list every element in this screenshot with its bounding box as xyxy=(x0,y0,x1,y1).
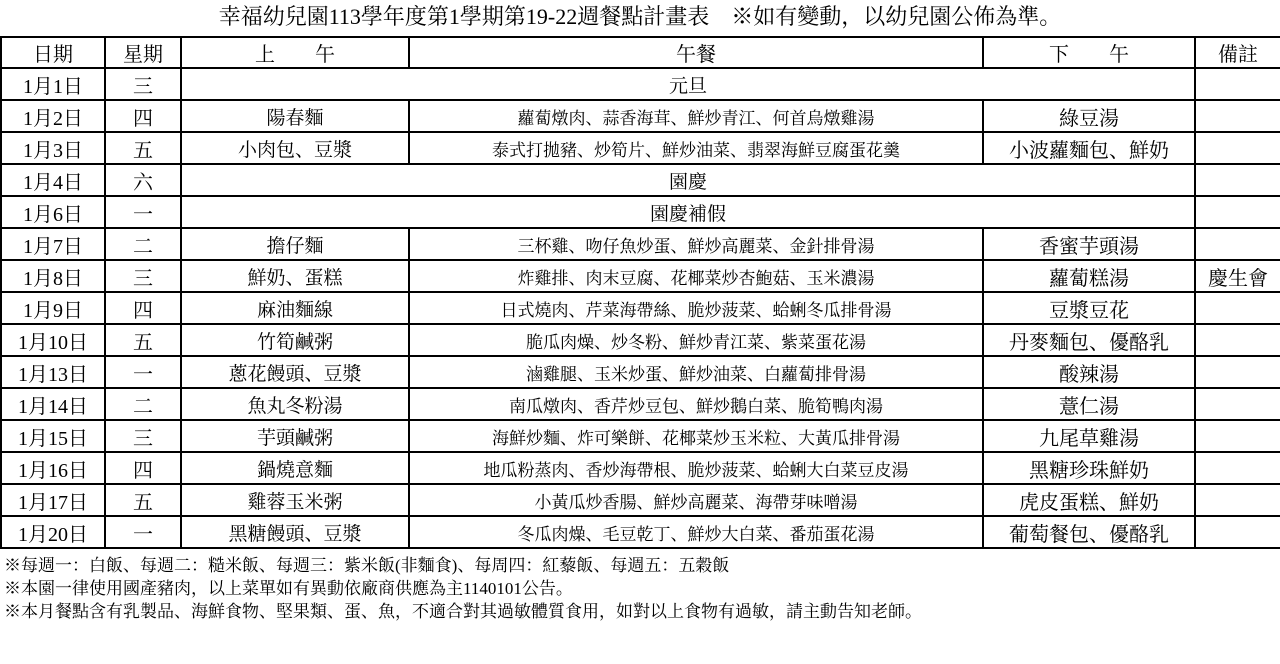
date-cell: 1月9日 xyxy=(1,292,105,324)
remarks-cell xyxy=(1195,164,1280,196)
morning-snack-cell: 蔥花饅頭、豆漿 xyxy=(181,356,409,388)
weekday-cell: 五 xyxy=(105,484,181,516)
remarks-cell xyxy=(1195,452,1280,484)
lunch-cell: 地瓜粉蒸肉、香炒海帶根、脆炒菠菜、蛤蜊大白菜豆皮湯 xyxy=(409,452,983,484)
remarks-cell xyxy=(1195,356,1280,388)
afternoon-snack-cell: 豆漿豆花 xyxy=(983,292,1195,324)
date-cell: 1月8日 xyxy=(1,260,105,292)
remarks-cell xyxy=(1195,68,1280,100)
weekday-cell: 一 xyxy=(105,516,181,548)
weekday-cell: 一 xyxy=(105,356,181,388)
afternoon-snack-cell: 丹麥麵包、優酪乳 xyxy=(983,324,1195,356)
afternoon-snack-cell: 蘿蔔糕湯 xyxy=(983,260,1195,292)
table-row: 1月16日四鍋燒意麵地瓜粉蒸肉、香炒海帶根、脆炒菠菜、蛤蜊大白菜豆皮湯黑糖珍珠鮮… xyxy=(1,452,1280,484)
footnote-line: ※每週一：白飯、每週二：糙米飯、每週三：紫米飯(非麵食)、每周四：紅藜飯、每週五… xyxy=(4,554,1276,577)
lunch-cell: 滷雞腿、玉米炒蛋、鮮炒油菜、白蘿蔔排骨湯 xyxy=(409,356,983,388)
lunch-cell: 冬瓜肉燥、毛豆乾丁、鮮炒大白菜、番茄蛋花湯 xyxy=(409,516,983,548)
table-row: 1月20日一黑糖饅頭、豆漿冬瓜肉燥、毛豆乾丁、鮮炒大白菜、番茄蛋花湯葡萄餐包、優… xyxy=(1,516,1280,548)
afternoon-snack-cell: 香蜜芋頭湯 xyxy=(983,228,1195,260)
table-row: 1月14日二魚丸冬粉湯南瓜燉肉、香芹炒豆包、鮮炒鵝白菜、脆筍鴨肉湯薏仁湯 xyxy=(1,388,1280,420)
holiday-cell: 元旦 xyxy=(181,68,1195,100)
page-title: 幸福幼兒園113學年度第1學期第19-22週餐點計畫表 ※如有變動，以幼兒園公佈… xyxy=(0,0,1280,36)
lunch-cell: 南瓜燉肉、香芹炒豆包、鮮炒鵝白菜、脆筍鴨肉湯 xyxy=(409,388,983,420)
remarks-cell xyxy=(1195,484,1280,516)
column-header-date: 日期 xyxy=(1,37,105,68)
remarks-cell xyxy=(1195,388,1280,420)
lunch-cell: 脆瓜肉燥、炒冬粉、鮮炒青江菜、紫菜蛋花湯 xyxy=(409,324,983,356)
table-row: 1月15日三芋頭鹹粥海鮮炒麵、炸可樂餅、花椰菜炒玉米粒、大黃瓜排骨湯九尾草雞湯 xyxy=(1,420,1280,452)
afternoon-snack-cell: 綠豆湯 xyxy=(983,100,1195,132)
morning-snack-cell: 鍋燒意麵 xyxy=(181,452,409,484)
lunch-cell: 炸雞排、肉末豆腐、花椰菜炒杏鮑菇、玉米濃湯 xyxy=(409,260,983,292)
afternoon-snack-cell: 九尾草雞湯 xyxy=(983,420,1195,452)
morning-snack-cell: 鮮奶、蛋糕 xyxy=(181,260,409,292)
date-cell: 1月16日 xyxy=(1,452,105,484)
table-row: 1月1日三元旦 xyxy=(1,68,1280,100)
remarks-cell xyxy=(1195,420,1280,452)
footnote-line: ※本月餐點含有乳製品、海鮮食物、堅果類、蛋、魚，不適合對其過敏體質食用，如對以上… xyxy=(4,600,1276,623)
morning-snack-cell: 黑糖饅頭、豆漿 xyxy=(181,516,409,548)
meal-plan-table: 日期星期上 午午餐下 午備註 1月1日三元旦1月2日四陽春麵蘿蔔燉肉、蒜香海茸、… xyxy=(0,36,1280,549)
remarks-cell xyxy=(1195,196,1280,228)
afternoon-snack-cell: 酸辣湯 xyxy=(983,356,1195,388)
date-cell: 1月10日 xyxy=(1,324,105,356)
lunch-cell: 泰式打拋豬、炒筍片、鮮炒油菜、翡翠海鮮豆腐蛋花羹 xyxy=(409,132,983,164)
column-header-morning: 上 午 xyxy=(181,37,409,68)
weekday-cell: 四 xyxy=(105,452,181,484)
footnotes: ※每週一：白飯、每週二：糙米飯、每週三：紫米飯(非麵食)、每周四：紅藜飯、每週五… xyxy=(0,549,1280,623)
lunch-cell: 三杯雞、吻仔魚炒蛋、鮮炒高麗菜、金針排骨湯 xyxy=(409,228,983,260)
morning-snack-cell: 雞蓉玉米粥 xyxy=(181,484,409,516)
weekday-cell: 四 xyxy=(105,292,181,324)
date-cell: 1月6日 xyxy=(1,196,105,228)
afternoon-snack-cell: 小波蘿麵包、鮮奶 xyxy=(983,132,1195,164)
morning-snack-cell: 擔仔麵 xyxy=(181,228,409,260)
column-header-remarks: 備註 xyxy=(1195,37,1280,68)
table-row: 1月8日三鮮奶、蛋糕炸雞排、肉末豆腐、花椰菜炒杏鮑菇、玉米濃湯蘿蔔糕湯慶生會 xyxy=(1,260,1280,292)
remarks-cell xyxy=(1195,324,1280,356)
morning-snack-cell: 芋頭鹹粥 xyxy=(181,420,409,452)
date-cell: 1月15日 xyxy=(1,420,105,452)
table-row: 1月2日四陽春麵蘿蔔燉肉、蒜香海茸、鮮炒青江、何首烏燉雞湯綠豆湯 xyxy=(1,100,1280,132)
date-cell: 1月4日 xyxy=(1,164,105,196)
table-row: 1月3日五小肉包、豆漿泰式打拋豬、炒筍片、鮮炒油菜、翡翠海鮮豆腐蛋花羹小波蘿麵包… xyxy=(1,132,1280,164)
morning-snack-cell: 麻油麵線 xyxy=(181,292,409,324)
table-row: 1月17日五雞蓉玉米粥小黃瓜炒香腸、鮮炒高麗菜、海帶芽味噌湯虎皮蛋糕、鮮奶 xyxy=(1,484,1280,516)
date-cell: 1月1日 xyxy=(1,68,105,100)
weekday-cell: 三 xyxy=(105,68,181,100)
weekday-cell: 三 xyxy=(105,260,181,292)
date-cell: 1月3日 xyxy=(1,132,105,164)
remarks-cell: 慶生會 xyxy=(1195,260,1280,292)
afternoon-snack-cell: 虎皮蛋糕、鮮奶 xyxy=(983,484,1195,516)
date-cell: 1月20日 xyxy=(1,516,105,548)
table-row: 1月7日二擔仔麵三杯雞、吻仔魚炒蛋、鮮炒高麗菜、金針排骨湯香蜜芋頭湯 xyxy=(1,228,1280,260)
table-header-row: 日期星期上 午午餐下 午備註 xyxy=(1,37,1280,68)
weekday-cell: 一 xyxy=(105,196,181,228)
weekday-cell: 五 xyxy=(105,324,181,356)
table-row: 1月9日四麻油麵線日式燒肉、芹菜海帶絲、脆炒菠菜、蛤蜊冬瓜排骨湯豆漿豆花 xyxy=(1,292,1280,324)
lunch-cell: 海鮮炒麵、炸可樂餅、花椰菜炒玉米粒、大黃瓜排骨湯 xyxy=(409,420,983,452)
column-header-afternoon: 下 午 xyxy=(983,37,1195,68)
table-row: 1月6日一園慶補假 xyxy=(1,196,1280,228)
column-header-lunch: 午餐 xyxy=(409,37,983,68)
morning-snack-cell: 小肉包、豆漿 xyxy=(181,132,409,164)
table-row: 1月4日六園慶 xyxy=(1,164,1280,196)
date-cell: 1月2日 xyxy=(1,100,105,132)
morning-snack-cell: 陽春麵 xyxy=(181,100,409,132)
meal-plan-page: 幸福幼兒園113學年度第1學期第19-22週餐點計畫表 ※如有變動，以幼兒園公佈… xyxy=(0,0,1280,664)
weekday-cell: 二 xyxy=(105,388,181,420)
table-row: 1月13日一蔥花饅頭、豆漿滷雞腿、玉米炒蛋、鮮炒油菜、白蘿蔔排骨湯酸辣湯 xyxy=(1,356,1280,388)
weekday-cell: 六 xyxy=(105,164,181,196)
table-row: 1月10日五竹筍鹹粥脆瓜肉燥、炒冬粉、鮮炒青江菜、紫菜蛋花湯丹麥麵包、優酪乳 xyxy=(1,324,1280,356)
date-cell: 1月17日 xyxy=(1,484,105,516)
lunch-cell: 日式燒肉、芹菜海帶絲、脆炒菠菜、蛤蜊冬瓜排骨湯 xyxy=(409,292,983,324)
holiday-cell: 園慶 xyxy=(181,164,1195,196)
remarks-cell xyxy=(1195,292,1280,324)
afternoon-snack-cell: 薏仁湯 xyxy=(983,388,1195,420)
weekday-cell: 三 xyxy=(105,420,181,452)
remarks-cell xyxy=(1195,132,1280,164)
footnote-line: ※本園一律使用國產豬肉，以上菜單如有異動依廠商供應為主1140101公告。 xyxy=(4,577,1276,600)
remarks-cell xyxy=(1195,228,1280,260)
date-cell: 1月14日 xyxy=(1,388,105,420)
column-header-weekday: 星期 xyxy=(105,37,181,68)
morning-snack-cell: 魚丸冬粉湯 xyxy=(181,388,409,420)
weekday-cell: 五 xyxy=(105,132,181,164)
afternoon-snack-cell: 葡萄餐包、優酪乳 xyxy=(983,516,1195,548)
remarks-cell xyxy=(1195,100,1280,132)
afternoon-snack-cell: 黑糖珍珠鮮奶 xyxy=(983,452,1195,484)
date-cell: 1月13日 xyxy=(1,356,105,388)
weekday-cell: 二 xyxy=(105,228,181,260)
weekday-cell: 四 xyxy=(105,100,181,132)
remarks-cell xyxy=(1195,516,1280,548)
morning-snack-cell: 竹筍鹹粥 xyxy=(181,324,409,356)
holiday-cell: 園慶補假 xyxy=(181,196,1195,228)
date-cell: 1月7日 xyxy=(1,228,105,260)
lunch-cell: 蘿蔔燉肉、蒜香海茸、鮮炒青江、何首烏燉雞湯 xyxy=(409,100,983,132)
lunch-cell: 小黃瓜炒香腸、鮮炒高麗菜、海帶芽味噌湯 xyxy=(409,484,983,516)
